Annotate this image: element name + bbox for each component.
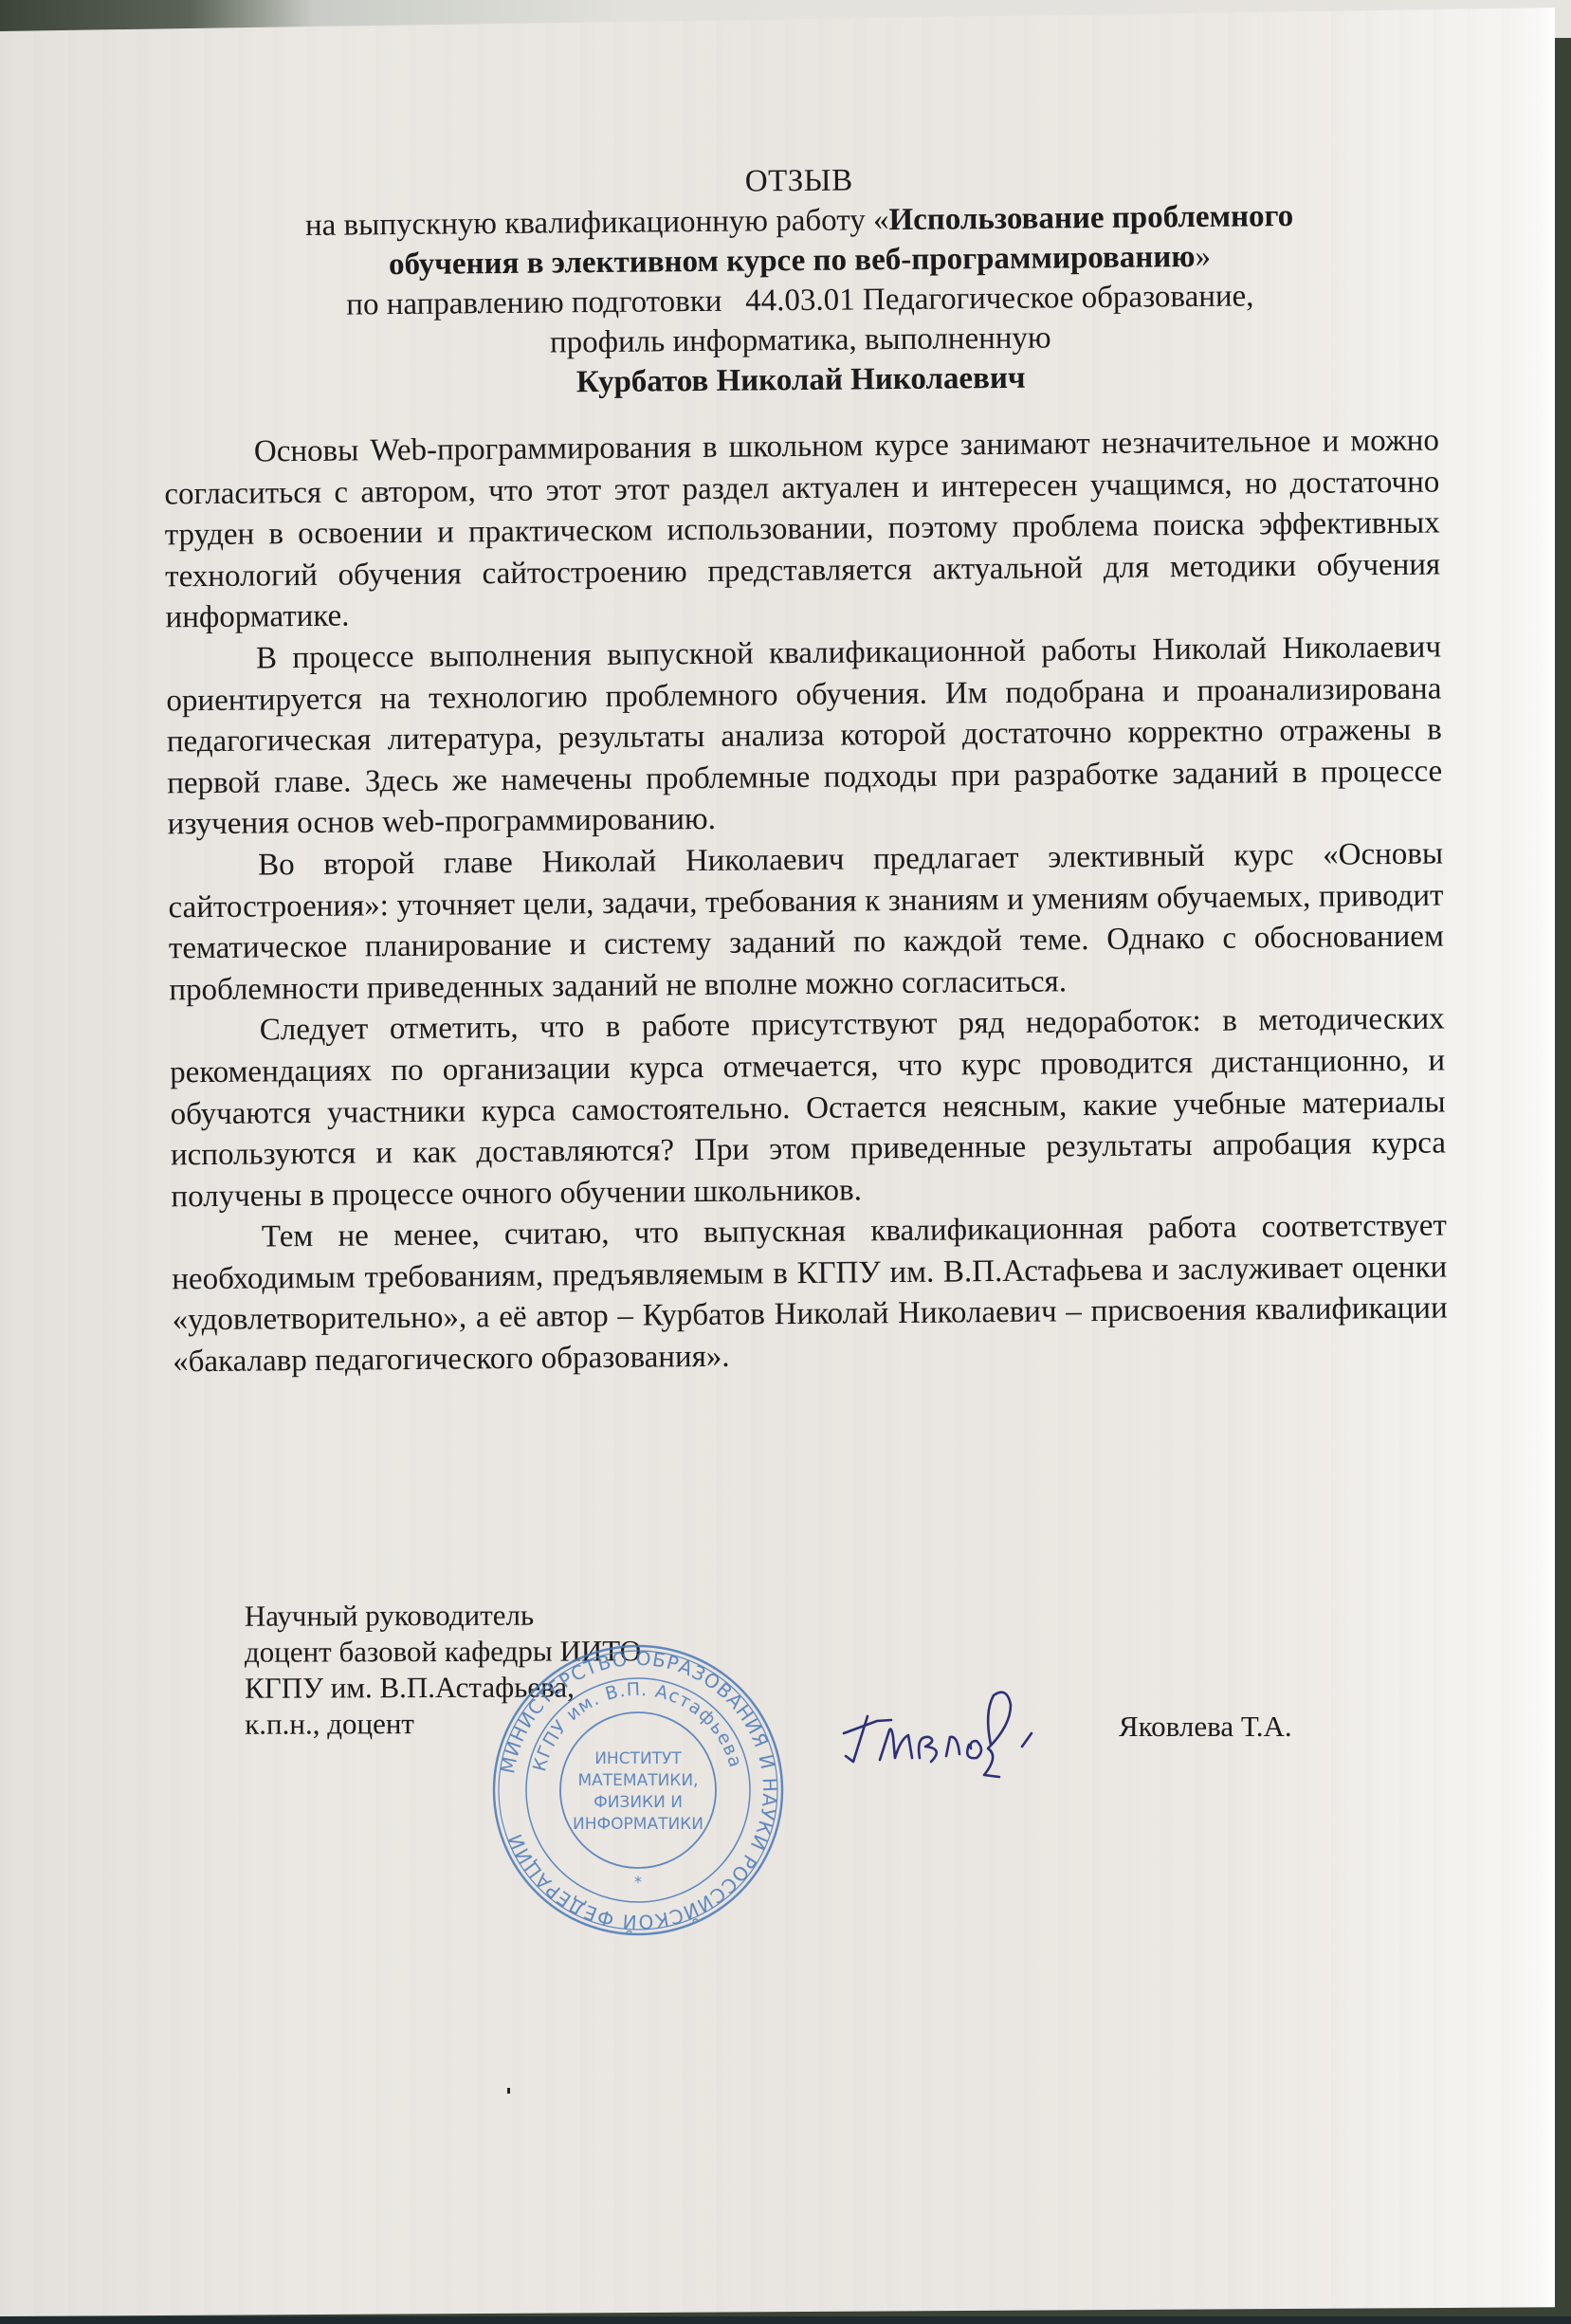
work-title-part-2: обучения в элективном курсе по веб-прогр…: [389, 240, 1196, 282]
institution-stamp-icon: МИНИСТЕРСТВО ОБРАЗОВАНИЯ И НАУКИ РОССИЙС…: [482, 1638, 795, 1942]
paper-speck: [507, 2088, 510, 2094]
subtitle-close-quote: »: [1195, 240, 1211, 274]
stamp-center-line-1: ИНСТИТУТ: [594, 1749, 682, 1768]
paragraph-2: В процессе выполнения выпускной квалифик…: [166, 627, 1443, 846]
paragraph-3: Во второй главе Николай Николаевич предл…: [168, 833, 1445, 1011]
document-header: ОТЗЫВ на выпускную квалификационную рабо…: [161, 156, 1438, 407]
signer-name: Яковлева Т.А.: [1119, 1710, 1292, 1744]
subtitle-prefix: на выпускную квалификационную работу «: [305, 203, 889, 243]
author-name-text: Курбатов Николай Николаевич: [576, 361, 1026, 400]
document-content: ОТЗЫВ на выпускную квалификационную рабо…: [161, 156, 1448, 1384]
stamp-star-icon: *: [634, 1873, 642, 1891]
paragraph-4: Следует отметить, что в работе присутств…: [170, 999, 1447, 1218]
handwritten-signature-icon: [825, 1678, 1052, 1792]
stamp-center-line-4: ИНФОРМАТИКИ: [573, 1815, 703, 1834]
stamp-center-line-2: МАТЕМАТИКИ,: [577, 1771, 698, 1790]
paragraph-5: Тем не менее, считаю, что выпускная квал…: [172, 1206, 1449, 1383]
review-body: Основы Web-программирования в школьном к…: [164, 421, 1449, 1384]
stamp-center-line-3: ФИЗИКИ И: [594, 1793, 683, 1812]
background-bottom-edge: [0, 2316, 1571, 2324]
paragraph-1: Основы Web-программирования в школьном к…: [164, 421, 1441, 640]
work-title-part-1: Использование проблемного: [888, 199, 1293, 237]
supervisor-line-1: Научный руководитель: [245, 1597, 641, 1634]
